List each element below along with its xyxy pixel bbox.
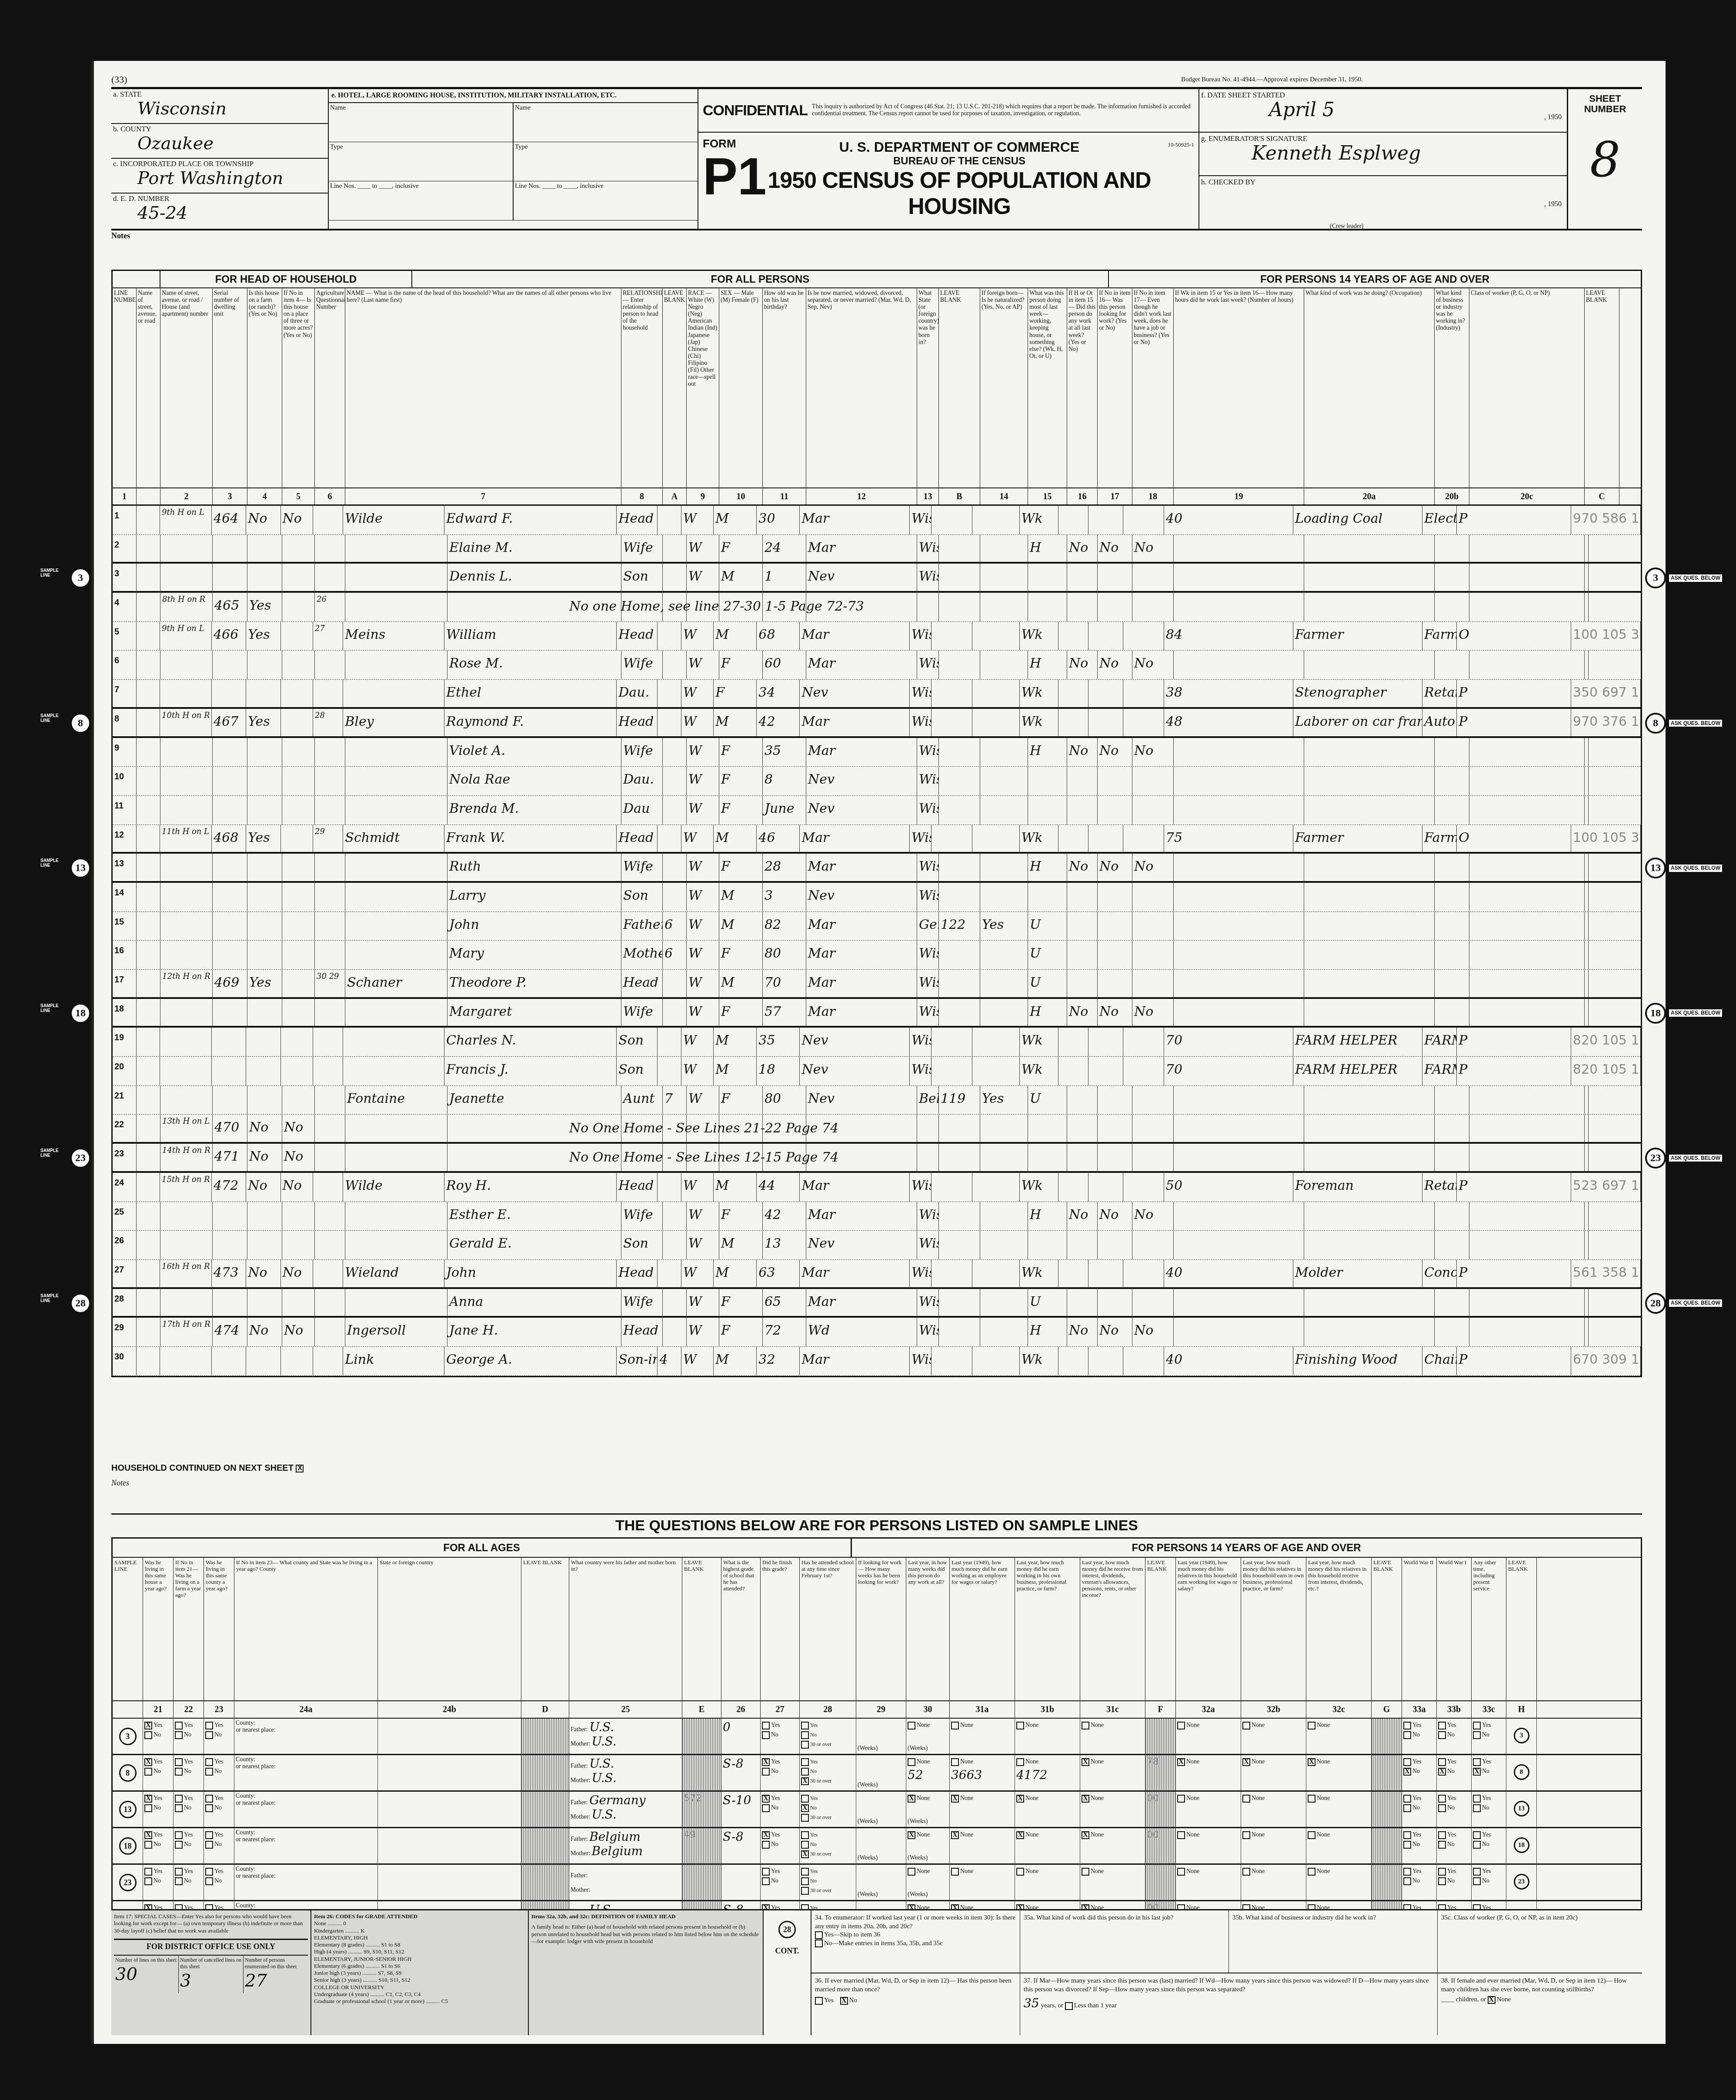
q34-box: 34. To enumerator: If worked last year (… xyxy=(811,1910,1020,1973)
q33c-no-checkbox[interactable] xyxy=(1473,1731,1481,1739)
q28-no-checkbox[interactable] xyxy=(801,1841,809,1849)
cell-marital: Nev xyxy=(806,1086,917,1115)
lines-count-value: 30 xyxy=(115,1964,137,1984)
q27-no-checkbox[interactable] xyxy=(762,1768,770,1776)
q23-yes-checkbox[interactable] xyxy=(205,1868,213,1876)
cell-given: Jeanette xyxy=(447,1086,621,1115)
cell-industry xyxy=(1435,767,1469,795)
cell-q17 xyxy=(1098,1086,1132,1115)
sample-cell-D xyxy=(521,1865,569,1900)
q23-no-checkbox[interactable] xyxy=(205,1731,213,1739)
cell-line: 18 xyxy=(113,999,137,1026)
cell-given: George A. xyxy=(444,1347,617,1376)
table-row: 9Violet A.WifeWF35MarWisconsinHNoNoNo xyxy=(113,738,1641,767)
sample-column-header-33b: World War I xyxy=(1437,1558,1472,1700)
cell-q18: No xyxy=(1132,738,1174,767)
cell-marital: Mar xyxy=(806,970,917,997)
q33b-no-checkbox[interactable] xyxy=(1438,1877,1446,1885)
cell-agq xyxy=(315,883,345,911)
enumeration-block: f. DATE SHEET STARTEDApril 5, 1950 g. EN… xyxy=(1199,89,1568,229)
q28-yes-checkbox[interactable] xyxy=(801,1868,809,1876)
q27-yes-checkbox[interactable]: X xyxy=(762,1831,770,1839)
q32a-none-checkbox[interactable] xyxy=(1177,1831,1185,1839)
q30-none-checkbox[interactable]: X xyxy=(908,1795,915,1803)
cell-a xyxy=(663,1231,687,1259)
cell-agq xyxy=(315,912,345,941)
q32a-none-checkbox[interactable]: X xyxy=(1177,1758,1185,1766)
q28-30-checkbox[interactable]: X xyxy=(801,1850,809,1858)
q33a-no-checkbox[interactable] xyxy=(1403,1731,1411,1739)
cell-acres xyxy=(282,941,315,969)
cell-given: Anna xyxy=(447,1289,621,1316)
cell-activity xyxy=(1028,796,1067,825)
cell-birthplace: Wisconsin xyxy=(917,1289,939,1316)
cell-agq xyxy=(315,564,345,591)
q31c-none-checkbox[interactable] xyxy=(1082,1868,1089,1876)
cell-agq: 30 29 xyxy=(315,970,345,997)
cell-surname xyxy=(343,1028,444,1056)
cell-class xyxy=(1469,854,1585,881)
cell-b xyxy=(939,1115,980,1142)
cell-sex: M xyxy=(714,1260,757,1287)
cell-nat xyxy=(972,1028,1020,1056)
cell-birthplace: Wisconsin xyxy=(917,999,939,1026)
cell-surname xyxy=(345,1231,447,1259)
q22-no-checkbox[interactable] xyxy=(175,1877,183,1885)
column-header-10: SEX — Male (M) Female (F) xyxy=(719,288,763,487)
q33a-yes-checkbox[interactable] xyxy=(1403,1758,1411,1766)
q27-yes-checkbox[interactable] xyxy=(762,1868,770,1876)
q28-30-checkbox[interactable] xyxy=(801,1887,809,1895)
cell-surname xyxy=(345,738,447,767)
q31b-none-checkbox[interactable] xyxy=(1016,1868,1024,1876)
q31c-none-checkbox[interactable]: X xyxy=(1082,1758,1089,1766)
q21-no-checkbox[interactable] xyxy=(144,1841,152,1849)
q31c-none-checkbox[interactable] xyxy=(1082,1722,1089,1729)
cell-activity: Wk xyxy=(1020,825,1058,852)
sample-cell-28: YesNoX30 or over xyxy=(800,1755,856,1790)
q21-yes-checkbox[interactable] xyxy=(144,1868,152,1876)
q28-no-checkbox[interactable] xyxy=(801,1768,809,1776)
sheet-footer: Item 17: SPECIAL CASES—Enter Yes also fo… xyxy=(111,1909,1642,2035)
q21-no-checkbox[interactable] xyxy=(144,1731,152,1739)
grade-code-item: None .......... 0 xyxy=(314,1920,525,1927)
table-row: 28AnnaWifeWF65MarWisconsinUSAMPLE LINE28… xyxy=(113,1289,1641,1318)
cell-b xyxy=(931,825,972,852)
sample-column-number-28: 28 xyxy=(800,1701,856,1718)
cell-nat xyxy=(972,506,1020,534)
cell-given: Dennis L. xyxy=(447,564,621,591)
q21-yes-checkbox[interactable]: X xyxy=(144,1795,152,1803)
sample-cell-31c: XNone xyxy=(1080,1755,1145,1790)
cell-agq: 26 xyxy=(315,593,345,621)
grade-code-item: Graduate or professional school (1 year … xyxy=(314,1998,525,2005)
sample-cell-28: YesNoX30 or over xyxy=(800,1828,856,1863)
sample-column-number-30: 30 xyxy=(906,1701,950,1718)
cell-age: 8 xyxy=(763,767,806,795)
column-number-9: 9 xyxy=(687,488,719,504)
cell-line: 9 xyxy=(113,738,137,767)
cell-birthplace: Wisconsin xyxy=(917,854,939,881)
q33b-no-checkbox[interactable] xyxy=(1438,1804,1446,1812)
q23-yes-checkbox[interactable] xyxy=(205,1831,213,1839)
q22-no-checkbox[interactable] xyxy=(175,1841,183,1849)
cell-industry xyxy=(1435,1086,1469,1115)
q32c-none-checkbox[interactable] xyxy=(1308,1795,1315,1803)
q23-yes-checkbox[interactable] xyxy=(205,1722,213,1729)
sample-cell-29: (Weeks) xyxy=(856,1755,906,1790)
cell-hours xyxy=(1174,535,1304,562)
cell-q18 xyxy=(1123,1173,1164,1202)
cell-industry xyxy=(1435,1202,1469,1231)
q33b-no-checkbox[interactable] xyxy=(1438,1731,1446,1739)
cell-race: W xyxy=(687,970,719,997)
q33c-no-checkbox[interactable] xyxy=(1473,1841,1481,1849)
cell-activity: Wk xyxy=(1020,1028,1058,1056)
checked-year: , 1950 xyxy=(1544,200,1562,208)
q33a-yes-checkbox[interactable] xyxy=(1403,1722,1411,1729)
cell-activity xyxy=(1028,883,1067,911)
q34-yes-checkbox[interactable] xyxy=(815,1931,823,1939)
group-head-of-household: FOR HEAD OF HOUSEHOLD xyxy=(160,271,412,287)
cell-hours: 48 xyxy=(1164,709,1293,736)
q33b-yes-checkbox[interactable] xyxy=(1438,1868,1446,1876)
cell-activity: U xyxy=(1028,1289,1067,1316)
cell-birthplace: Wisconsin xyxy=(917,796,939,825)
cell-surname: Ingersoll xyxy=(345,1318,447,1346)
table-row: 10Nola RaeDau.WF8NevWisconsin xyxy=(113,767,1641,796)
q21-no-checkbox[interactable] xyxy=(144,1768,152,1776)
cell-q18 xyxy=(1123,709,1164,736)
q21-no-checkbox[interactable] xyxy=(144,1877,152,1885)
q30-none-checkbox[interactable] xyxy=(908,1758,915,1766)
q33b-yes-checkbox[interactable] xyxy=(1438,1831,1446,1839)
special-cases-box: Item 17: SPECIAL CASES—Enter Yes also fo… xyxy=(111,1910,311,2035)
q32c-none-checkbox[interactable] xyxy=(1308,1868,1315,1876)
sample-cell-26: 0 xyxy=(721,1719,761,1754)
q21-no-checkbox[interactable] xyxy=(144,1804,152,1812)
cell-code: 670 309 1 xyxy=(1571,1347,1641,1376)
q28-yes-checkbox[interactable] xyxy=(801,1831,809,1839)
q33c-yes-checkbox[interactable] xyxy=(1473,1758,1481,1766)
q27-no-checkbox[interactable] xyxy=(762,1841,770,1849)
table-row: 21FontaineJeanetteAunt7WF80NevBelgium119… xyxy=(113,1086,1641,1115)
q30-none-checkbox[interactable] xyxy=(908,1868,915,1876)
q32c-none-checkbox[interactable] xyxy=(1308,1722,1315,1729)
sample-cell-30: XNone(Weeks) xyxy=(906,1828,950,1863)
q36-no-checkbox[interactable]: X xyxy=(840,1997,848,2005)
cancelled-count-value: 3 xyxy=(180,1971,191,1991)
q31a-none-checkbox[interactable] xyxy=(951,1868,959,1876)
cell-acres: No xyxy=(282,1318,315,1346)
q33c-yes-checkbox[interactable] xyxy=(1473,1868,1481,1876)
q27-no-checkbox[interactable] xyxy=(762,1731,770,1739)
q31b-none-checkbox[interactable]: X xyxy=(1016,1831,1024,1839)
column-header-3: Serial number of dwelling unit xyxy=(213,288,247,487)
q33a-no-checkbox[interactable]: X xyxy=(1403,1768,1411,1776)
q32b-none-checkbox[interactable] xyxy=(1242,1868,1250,1876)
cell-class xyxy=(1469,1144,1585,1171)
sample-cell-24a: County:or nearest place: xyxy=(234,1719,378,1754)
q33b-yes-checkbox[interactable] xyxy=(1438,1722,1446,1729)
cell-line: 1 xyxy=(113,506,137,534)
q23-no-checkbox[interactable] xyxy=(205,1804,213,1812)
cell-birthplace: Wisconsin xyxy=(910,1347,931,1376)
cell-marital: Mar xyxy=(806,854,917,881)
q21-yes-checkbox[interactable]: X xyxy=(144,1722,152,1729)
q33c-no-checkbox[interactable] xyxy=(1473,1877,1481,1885)
cell-hours: 40 xyxy=(1164,506,1293,534)
q28-yes-checkbox[interactable] xyxy=(801,1758,809,1766)
q23-no-checkbox[interactable] xyxy=(205,1877,213,1885)
q28-no-checkbox[interactable] xyxy=(801,1731,809,1739)
q22-yes-checkbox[interactable] xyxy=(175,1758,183,1766)
cell-activity xyxy=(1028,767,1067,795)
table-row: 13RuthWifeWF28MarWisconsinHNoNoNoSAMPLE … xyxy=(113,854,1641,883)
q32c-none-checkbox[interactable] xyxy=(1308,1831,1315,1839)
q33c-yes-checkbox[interactable] xyxy=(1473,1795,1481,1803)
q31b-none-checkbox[interactable] xyxy=(1016,1722,1024,1729)
cell-q17 xyxy=(1088,709,1123,736)
cell-q17: No xyxy=(1098,1318,1132,1346)
q32c-none-checkbox[interactable]: X xyxy=(1308,1758,1315,1766)
sample-cell-31c: XNone xyxy=(1080,1792,1145,1827)
cell-hours xyxy=(1174,854,1304,881)
cell-class: P xyxy=(1457,506,1571,534)
q31a-none-checkbox[interactable]: X xyxy=(951,1831,959,1839)
cell-acres xyxy=(282,1231,315,1259)
q33a-no-checkbox[interactable] xyxy=(1403,1877,1411,1885)
institution-label: e. HOTEL, LARGE ROOMING HOUSE, INSTITUTI… xyxy=(329,89,698,103)
q31c-none-checkbox[interactable]: X xyxy=(1082,1831,1089,1839)
sample-column-number-H: H xyxy=(1506,1701,1537,1718)
cell-marital: Mar xyxy=(806,1289,917,1316)
q32a-none-checkbox[interactable] xyxy=(1177,1868,1185,1876)
table-row: 30LinkGeorge A.Son-in-Law4WM32MarWiscons… xyxy=(113,1347,1641,1376)
cell-hours: 40 xyxy=(1164,1347,1293,1376)
cell-b xyxy=(939,796,980,825)
q33a-no-checkbox[interactable] xyxy=(1403,1804,1411,1812)
q31a-none-checkbox[interactable] xyxy=(951,1758,959,1766)
sample-cell-33a: YesNo xyxy=(1402,1719,1437,1754)
q37-less-checkbox[interactable] xyxy=(1065,2002,1073,2010)
q33a-yes-checkbox[interactable] xyxy=(1403,1795,1411,1803)
q35a-text: 35a. What kind of work did this person d… xyxy=(1020,1910,1229,1973)
cell-street: 9th H on L xyxy=(160,506,212,534)
q33a-yes-checkbox[interactable] xyxy=(1403,1831,1411,1839)
q28-yes-checkbox[interactable] xyxy=(801,1795,809,1803)
cell-birthplace: Wisconsin xyxy=(910,1057,931,1085)
cell-q18 xyxy=(1132,970,1174,997)
q33b-yes-checkbox[interactable] xyxy=(1438,1795,1446,1803)
county-value: Ozaukee xyxy=(137,134,214,154)
q32b-none-checkbox[interactable]: X xyxy=(1242,1758,1250,1766)
q37-text: 37. If Mar—How many years since this per… xyxy=(1024,1977,1434,1994)
cell-age: 63 xyxy=(757,1260,800,1287)
q27-no-checkbox[interactable] xyxy=(762,1877,770,1885)
cell-birthplace: Wisconsin xyxy=(910,1173,931,1202)
household-continued-label: HOUSEHOLD CONTINUED ON NEXT SHEET X xyxy=(111,1463,305,1473)
q33a-yes-checkbox[interactable] xyxy=(1403,1868,1411,1876)
cell-nat xyxy=(972,709,1020,736)
q33b-yes-checkbox[interactable] xyxy=(1438,1758,1446,1766)
cell-street xyxy=(160,767,213,795)
cell-b xyxy=(939,651,980,679)
q27-no-checkbox[interactable] xyxy=(762,1804,770,1812)
cell-line: 28 xyxy=(113,1289,137,1316)
cell-race: W xyxy=(681,1260,714,1287)
ask-questions-below-tag: 13ASK QUES. BELOW xyxy=(1645,856,1728,880)
cell-surname: Wilde xyxy=(343,1173,444,1202)
q21-yes-checkbox[interactable]: X xyxy=(144,1831,152,1839)
cell-marital: Mar xyxy=(806,1202,917,1231)
q33b-no-checkbox[interactable] xyxy=(1438,1841,1446,1849)
q21-yes-checkbox[interactable]: X xyxy=(144,1758,152,1766)
cell-activity: Wk xyxy=(1020,1347,1058,1376)
q36-yes-checkbox[interactable] xyxy=(815,1997,823,2005)
sample-line-tag: SAMPLE LINE18 xyxy=(40,1002,109,1025)
q28-30-checkbox[interactable] xyxy=(801,1814,809,1822)
cell-a xyxy=(663,535,687,562)
cell-race: W xyxy=(687,738,719,767)
grade-code-item: Undergraduate (4 years) .......... C1, C… xyxy=(314,1991,525,1998)
q30-none-checkbox[interactable]: X xyxy=(908,1831,915,1839)
cell-line: 29 xyxy=(113,1318,137,1346)
cell-q16 xyxy=(1067,593,1098,621)
sample-cell-30: None52 xyxy=(906,1755,950,1790)
q33c-yes-checkbox[interactable] xyxy=(1473,1722,1481,1729)
cell-street xyxy=(137,1260,160,1287)
sample-column-header-G: LEAVE BLANK xyxy=(1372,1558,1402,1700)
q28-30-checkbox[interactable]: X xyxy=(801,1777,809,1785)
q32b-none-checkbox[interactable] xyxy=(1242,1831,1250,1839)
group-all-persons: FOR ALL PERSONS xyxy=(412,271,1109,287)
q33c-yes-checkbox[interactable] xyxy=(1473,1831,1481,1839)
confidential-label: CONFIDENTIAL xyxy=(703,102,808,119)
cell-serial: 469 xyxy=(213,970,247,997)
cell-birthplace: Wisconsin xyxy=(917,651,939,679)
table-row: 25Esther E.WifeWF42MarWisconsinHNoNoNo xyxy=(113,1202,1641,1231)
q22-yes-checkbox[interactable] xyxy=(175,1868,183,1876)
cell-given: Frank W. xyxy=(444,825,617,852)
q23-no-checkbox[interactable] xyxy=(205,1768,213,1776)
q32b-none-checkbox[interactable] xyxy=(1242,1722,1250,1729)
sample-column-number-24b: 24b xyxy=(378,1701,521,1718)
cell-b xyxy=(931,506,972,534)
q30-none-checkbox[interactable] xyxy=(908,1722,915,1729)
q35b-text: 35b. What kind of business or industry d… xyxy=(1229,1910,1438,1973)
column-header-15: What was this person doing most of last … xyxy=(1028,288,1067,487)
q28-no-checkbox[interactable] xyxy=(801,1877,809,1885)
cell-serial xyxy=(213,738,247,767)
table-row: 2Elaine M.WifeWF24MarWisconsinHNoNoNo xyxy=(113,535,1641,564)
cell-q16 xyxy=(1067,912,1098,941)
cell-hours: 75 xyxy=(1164,825,1293,852)
q27-yes-checkbox[interactable] xyxy=(762,1722,770,1729)
cell-race: W xyxy=(681,506,714,534)
q22-no-checkbox[interactable] xyxy=(175,1731,183,1739)
sample-cell-28: YesXNo30 or over xyxy=(800,1792,856,1827)
q23-yes-checkbox[interactable] xyxy=(205,1795,213,1803)
cell-given: Esther E. xyxy=(447,1202,621,1231)
cell-code xyxy=(1585,1318,1589,1346)
sample-column-header-29: If looking for work— How many weeks has … xyxy=(856,1558,906,1700)
cell-street xyxy=(160,1202,213,1231)
cell-activity: Wk xyxy=(1020,1057,1058,1085)
q33a-no-checkbox[interactable] xyxy=(1403,1841,1411,1849)
cell-a xyxy=(658,622,681,651)
form-title: 1950 CENSUS OF POPULATION AND HOUSING xyxy=(764,167,1155,220)
q38-none-checkbox[interactable]: X xyxy=(1488,1996,1496,2004)
q28-yes-checkbox[interactable] xyxy=(801,1722,809,1729)
q31a-none-checkbox[interactable]: X xyxy=(951,1795,959,1803)
q31c-none-checkbox[interactable]: X xyxy=(1082,1795,1089,1803)
q22-yes-checkbox[interactable] xyxy=(175,1722,183,1729)
sample-column-number-26: 26 xyxy=(721,1701,761,1718)
cell-agq: 28 xyxy=(313,709,343,736)
institution-lines-label: Line Nos. ____ to ____, inclusive xyxy=(329,181,513,220)
q22-yes-checkbox[interactable] xyxy=(175,1831,183,1839)
q28-no-checkbox[interactable]: X xyxy=(801,1804,809,1812)
sample-column-header-32a: Last year (1949), how much money did his… xyxy=(1176,1558,1241,1700)
q23-yes-checkbox[interactable] xyxy=(205,1758,213,1766)
q34-no-checkbox[interactable] xyxy=(815,1940,823,1947)
sample-cell-31c: XNone xyxy=(1080,1828,1145,1863)
q33c-no-checkbox[interactable] xyxy=(1473,1804,1481,1812)
cell-code xyxy=(1585,593,1589,621)
q32b-none-checkbox[interactable] xyxy=(1242,1795,1250,1803)
q23-no-checkbox[interactable] xyxy=(205,1841,213,1849)
cell-race: W xyxy=(687,999,719,1026)
q33c-no-checkbox[interactable]: X xyxy=(1473,1768,1481,1776)
q31a-none-checkbox[interactable] xyxy=(951,1722,959,1729)
cell-age: 65 xyxy=(763,1289,806,1316)
q31b-none-checkbox[interactable] xyxy=(1016,1758,1024,1766)
sample-cell-F: 00 xyxy=(1145,1792,1176,1827)
cell-q17: No xyxy=(1098,535,1132,562)
q22-no-checkbox[interactable] xyxy=(175,1768,183,1776)
q27-yes-checkbox[interactable]: X xyxy=(762,1795,770,1803)
sample-row: 18XYesNoYesNoYesNoCounty:or nearest plac… xyxy=(113,1828,1641,1865)
cell-street xyxy=(137,912,160,941)
cell-code xyxy=(1585,1115,1589,1142)
q27-yes-checkbox[interactable]: X xyxy=(762,1758,770,1766)
cell-age: 32 xyxy=(757,1347,800,1376)
q32a-none-checkbox[interactable] xyxy=(1177,1795,1185,1803)
cell-agq xyxy=(315,767,345,795)
household-continued-checkbox[interactable]: X xyxy=(296,1465,304,1472)
cell-agq xyxy=(315,1289,345,1316)
cell-q17 xyxy=(1098,1231,1132,1259)
q22-yes-checkbox[interactable] xyxy=(175,1795,183,1803)
cell-hours: 70 xyxy=(1164,1057,1293,1085)
column-number-B: B xyxy=(939,488,980,504)
q31b-none-checkbox[interactable]: X xyxy=(1016,1795,1024,1803)
cell-sex: F xyxy=(719,767,763,795)
cell-birthplace: Wisconsin xyxy=(917,564,939,591)
ask-questions-below-tag: 18ASK QUES. BELOW xyxy=(1645,1002,1728,1025)
sample-column-header-21: Was he living in this same house a year … xyxy=(143,1558,174,1700)
q32a-none-checkbox[interactable] xyxy=(1177,1722,1185,1729)
cell-industry: FARM xyxy=(1422,1057,1457,1085)
q28-30-checkbox[interactable] xyxy=(801,1741,809,1749)
sample-cell-31a: XNone xyxy=(950,1792,1015,1827)
cell-farm xyxy=(246,1347,280,1376)
cell-marital: Mar xyxy=(806,535,917,562)
q22-no-checkbox[interactable] xyxy=(175,1804,183,1812)
q33b-no-checkbox[interactable]: X xyxy=(1438,1768,1446,1776)
cell-q16 xyxy=(1058,680,1088,707)
